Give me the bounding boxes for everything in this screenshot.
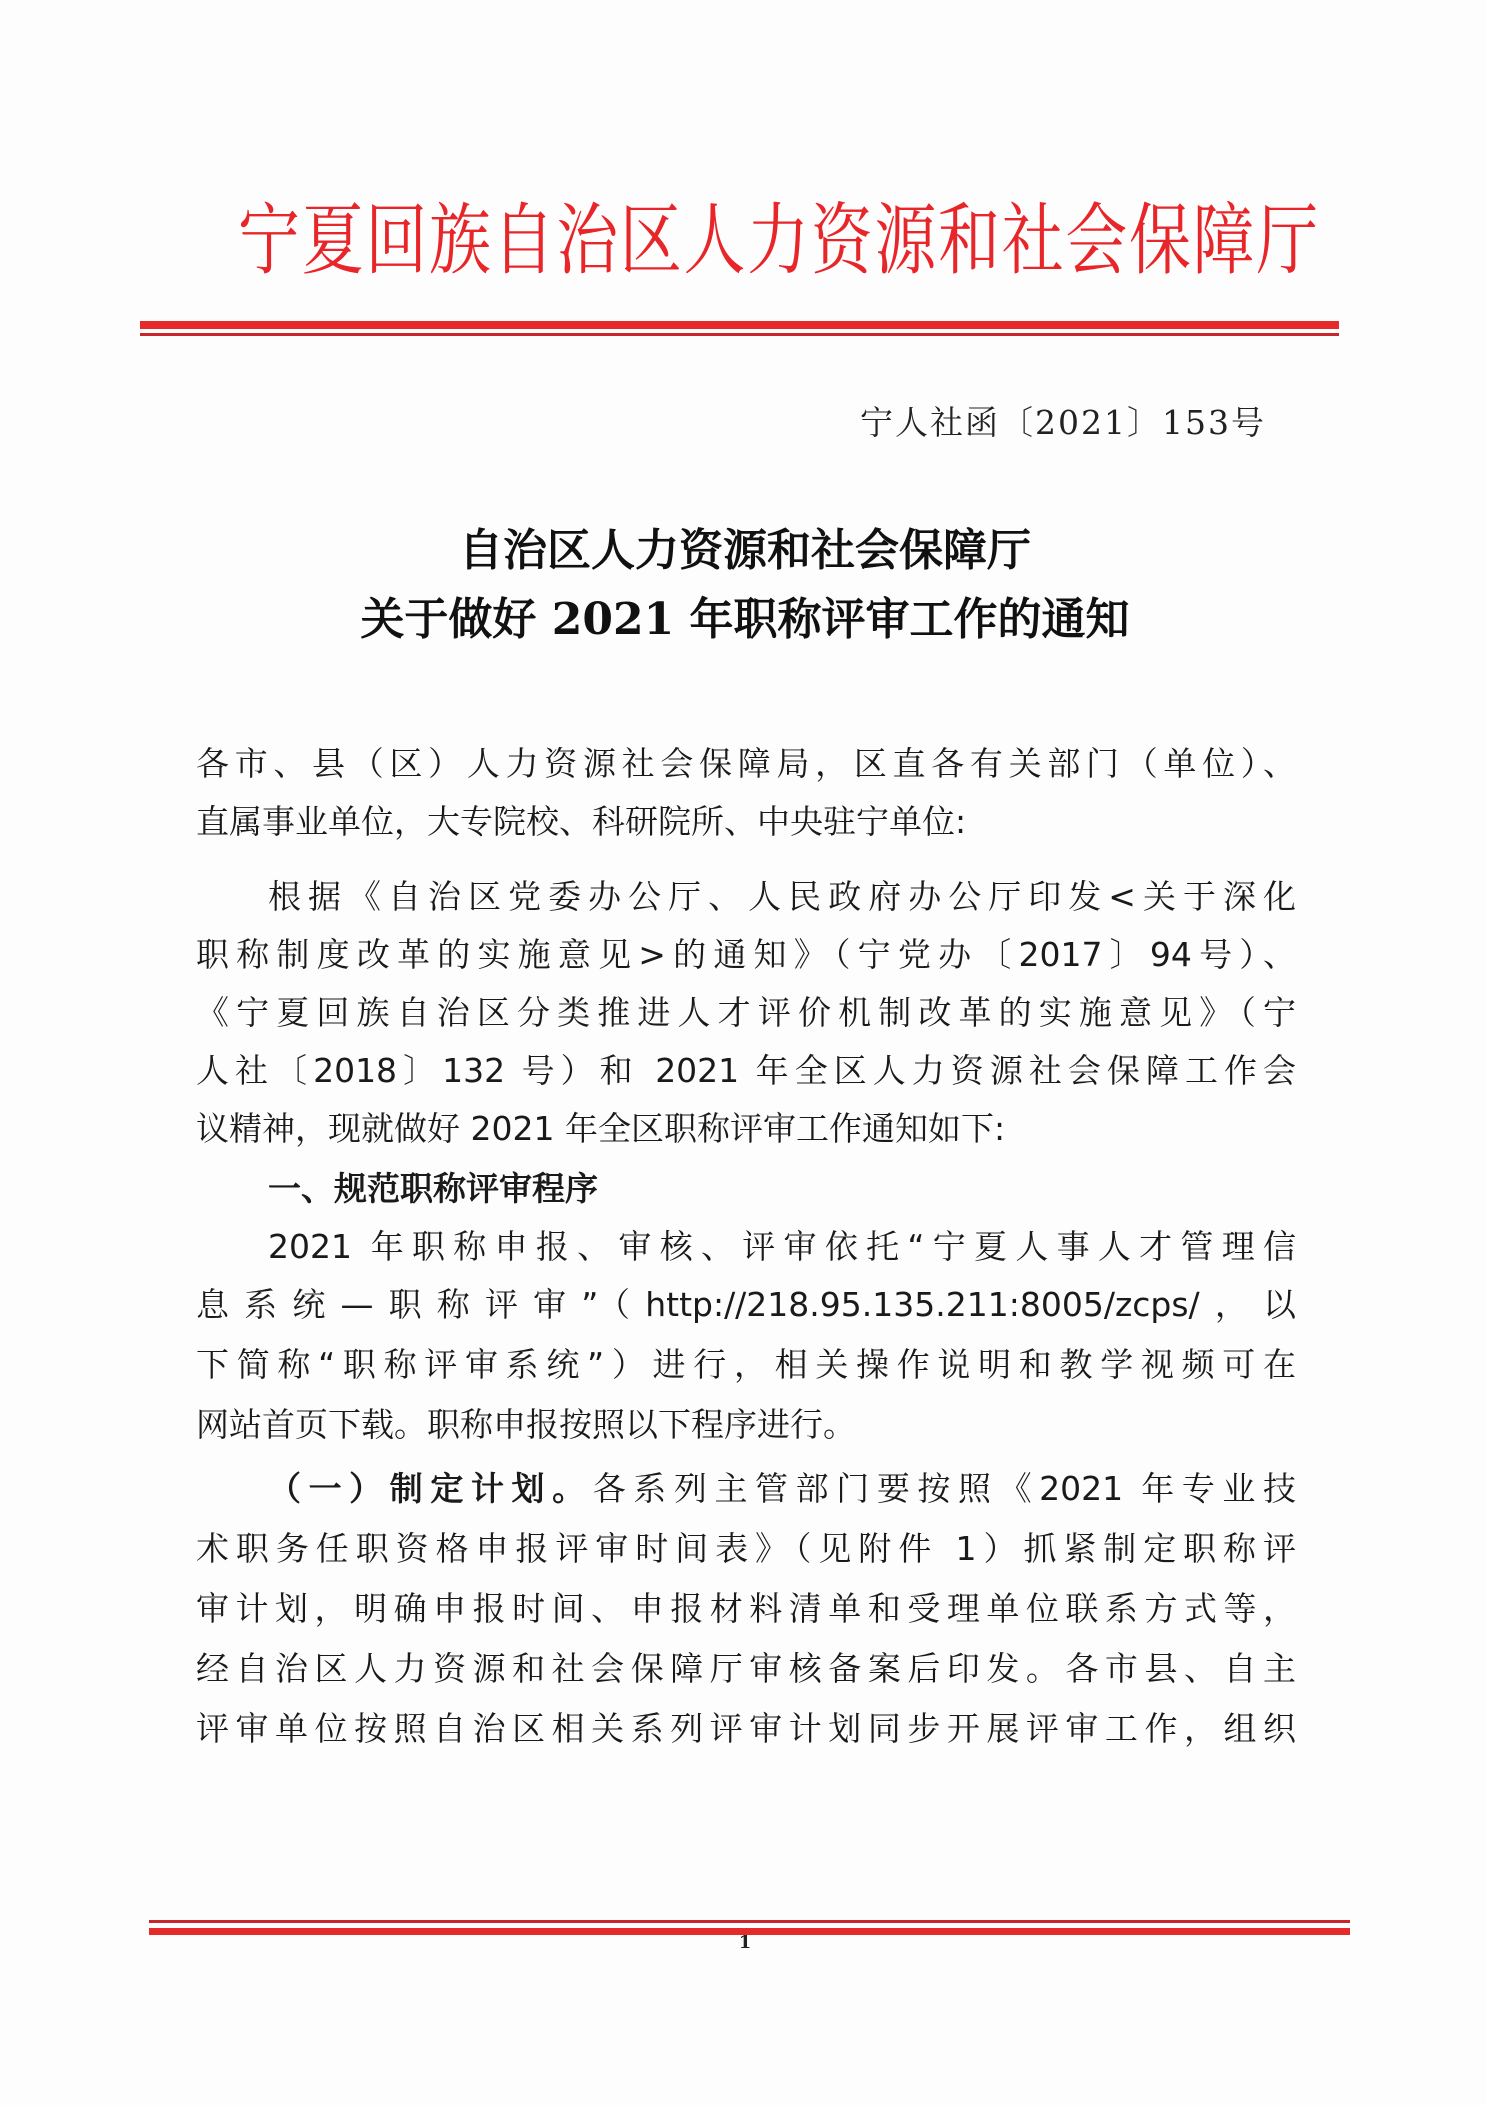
- issuing-authority-header: 宁夏回族自治区人力资源和社会保障厅: [150, 190, 1320, 290]
- paragraph-line: 根据《自治区党委办公厅、人民政府办公厅印发<关于深化: [268, 868, 1296, 926]
- document-page: 宁夏回族自治区人力资源和社会保障厅 宁人社函〔2021〕153号 自治区人力资源…: [0, 0, 1487, 2105]
- paragraph-line: 审计划，明确申报时间、申报材料清单和受理单位联系方式等，: [196, 1580, 1296, 1638]
- paragraph-line: 下简称“职称评审系统”）进行，相关操作说明和教学视频可在: [196, 1336, 1296, 1394]
- paragraph-line: 术职务任职资格申报评审时间表》（见附件 1）抓紧制定职称评: [196, 1520, 1296, 1578]
- section-heading-text: 一、规范职称评审程序: [268, 1169, 598, 1208]
- subsection-line: （一）制定计划。各系列主管部门要按照《2021 年专业技: [268, 1460, 1296, 1518]
- header-thin-rule: [140, 333, 1339, 336]
- document-number: 宁人社函〔2021〕153号: [860, 393, 1300, 453]
- document-title-line-2: 关于做好 2021 年职称评审工作的通知: [150, 585, 1340, 655]
- subsection-heading: （一）制定计划。: [268, 1469, 593, 1508]
- addressee-line-2: 直属事业单位，大专院校、科研院所、中央驻宁单位:: [196, 793, 1296, 851]
- section-heading: 一、规范职称评审程序: [268, 1160, 1296, 1218]
- footer-thin-rule: [149, 1920, 1350, 1923]
- paragraph-line: 息系统—职称评审”（http://218.95.135.211:8005/zcp…: [196, 1276, 1296, 1334]
- document-title-line-1: 自治区人力资源和社会保障厅: [150, 516, 1340, 586]
- paragraph-line: 经自治区人力资源和社会保障厅审核备案后印发。各市县、自主: [196, 1640, 1296, 1698]
- paragraph-line: 人社〔2018〕132 号）和 2021 年全区人力资源社会保障工作会: [196, 1042, 1296, 1100]
- paragraph-line: 《宁夏回族自治区分类推进人才评价机制改革的实施意见》（宁: [196, 984, 1296, 1042]
- paragraph-line: 网站首页下载。职称申报按照以下程序进行。: [196, 1396, 1296, 1454]
- page-number: 1: [730, 1932, 760, 1953]
- paragraph-line: 议精神，现就做好 2021 年全区职称评审工作通知如下:: [196, 1100, 1296, 1158]
- addressee-line-1: 各市、县（区）人力资源社会保障局，区直各有关部门（单位）、: [196, 735, 1296, 793]
- paragraph-line: 2021 年职称申报、审核、评审依托“宁夏人事人才管理信: [268, 1218, 1296, 1276]
- paragraph-line: 职称制度改革的实施意见>的通知》（宁党办〔2017〕94号）、: [196, 926, 1296, 984]
- header-thick-rule: [140, 321, 1339, 329]
- subsection-text: 各系列主管部门要按照《2021 年专业技: [593, 1469, 1296, 1508]
- paragraph-line: 评审单位按照自治区相关系列评审计划同步开展评审工作，组织: [196, 1700, 1296, 1758]
- org-name: 宁夏回族自治区人力资源和社会保障厅: [238, 186, 1320, 294]
